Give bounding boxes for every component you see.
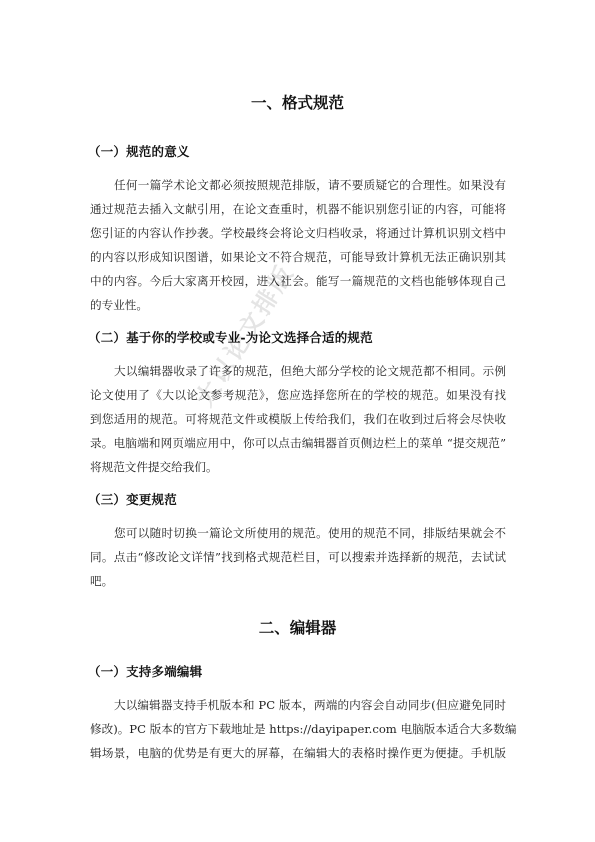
- subsection-heading-multi-device: （一）支持多端编辑: [88, 663, 518, 681]
- paragraph-line: 录。电脑端和网页端应用中，你可以点击编辑器首页侧边栏上的菜单 “提交规范”: [90, 435, 506, 451]
- paragraph-line: 的专业性。: [90, 297, 506, 313]
- paragraph-line: 任何一篇学术论文都必须按照规范排版，请不要质疑它的合理性。如果没有: [114, 177, 506, 193]
- subsection-heading-choose-spec: （二）基于你的学校或专业-为论文选择合适的规范: [88, 329, 518, 347]
- document-page: 大以论文排版 一、格式规范 （一）规范的意义 任何一篇学术论文都必须按照规范排版…: [0, 0, 595, 842]
- paragraph-line: 通过规范去插入文献引用，在论文查重时，机器不能识别您引证的内容，可能将: [90, 201, 506, 217]
- paragraph-line: 的内容以形成知识图谱，如果论文不符合规范，可能导致计算机无法正确识别其: [90, 249, 506, 265]
- paragraph-line: 大以编辑器支持手机版本和 PC 版本，两端的内容会自动同步(但应避免同时: [114, 697, 506, 713]
- subsection-heading-meaning: （一）规范的意义: [88, 143, 518, 161]
- paragraph-line: 修改)。PC 版本的官方下载地址是 https://dayipaper.com …: [90, 721, 506, 737]
- section-heading-format-spec: 一、格式规范: [0, 93, 595, 113]
- subsection-heading-change-spec: （三）变更规范: [88, 491, 518, 509]
- paragraph-line: 大以编辑器收录了许多的规范，但绝大部分学校的论文规范都不相同。示例: [114, 363, 506, 379]
- paragraph-line: 同。点击“修改论文详情”找到格式规范栏目，可以搜索并选择新的规范，去试试: [90, 549, 506, 565]
- paragraph-line: 吧。: [90, 573, 506, 589]
- paragraph-line: 将规范文件提交给我们。: [90, 459, 506, 475]
- paragraph-line: 到您适用的规范。可将规范文件或模版上传给我们，我们在收到过后将会尽快收: [90, 411, 506, 427]
- paragraph-line: 论文使用了《大以论文参考规范》，您应选择您所在的学校的规范。如果没有找: [90, 387, 506, 403]
- paragraph-line: 您可以随时切换一篇论文所使用的规范。使用的规范不同，排版结果就会不: [114, 525, 506, 541]
- section-heading-editor: 二、编辑器: [0, 618, 595, 638]
- paragraph-line: 辑场景，电脑的优势是有更大的屏幕，在编辑大的表格时操作更为便捷。手机版: [90, 745, 506, 761]
- paragraph-line: 您引证的内容认作抄袭。学校最终会将论文归档收录，将通过计算机识别文档中: [90, 225, 506, 241]
- paragraph-line: 中的内容。今后大家离开校园，进入社会。能写一篇规范的文档也能够体现自己: [90, 273, 506, 289]
